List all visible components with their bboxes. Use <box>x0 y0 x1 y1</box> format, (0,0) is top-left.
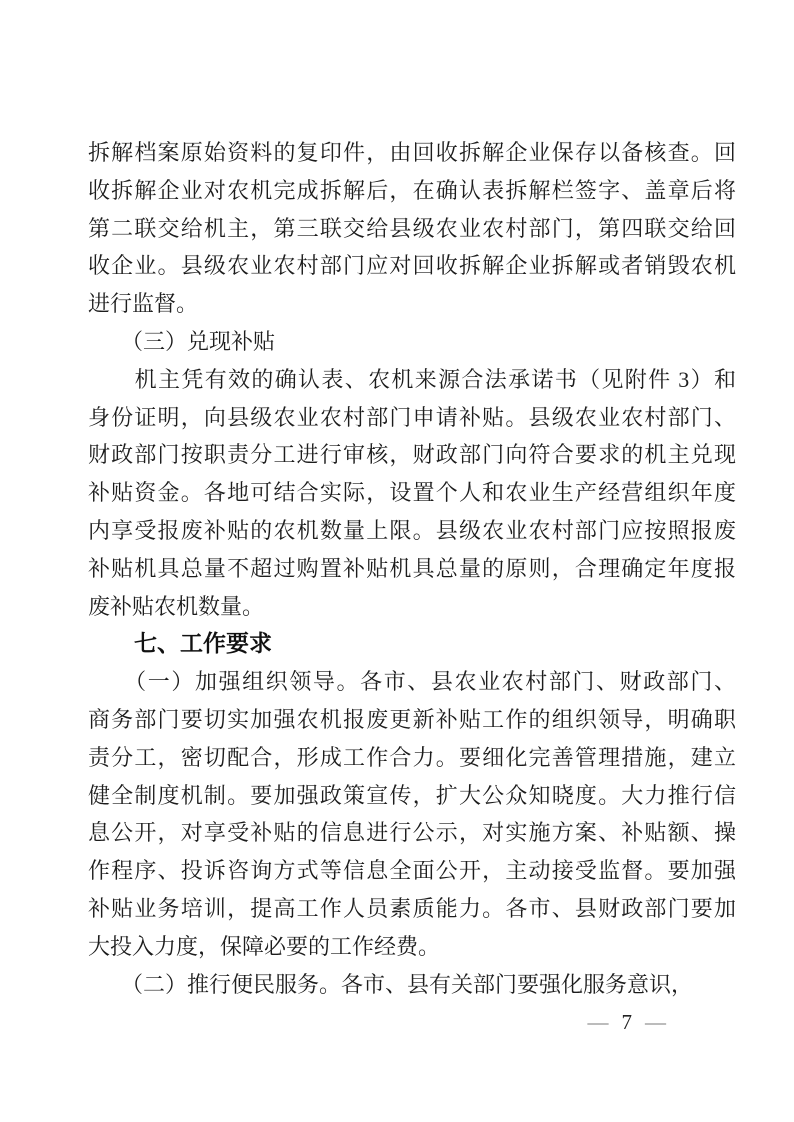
text-line: 废补贴农机数量。 <box>88 588 736 626</box>
body-paragraph: （一）加强组织领导。各市、县农业农村部门、财政部门、商务部门要切实加强农机报废更… <box>88 663 736 965</box>
text-line: 商务部门要切实加强农机报废更新补贴工作的组织领导，明确职 <box>88 701 736 739</box>
text-line: 健全制度机制。要加强政策宣传，扩大公众知晓度。大力推行信 <box>88 777 736 815</box>
text-line: 机主凭有效的确认表、农机来源合法承诺书（见附件 3）和 <box>88 361 736 399</box>
page-number-right-dash: — <box>645 1010 666 1034</box>
section-heading: 七、工作要求 <box>88 625 736 663</box>
document-page: 拆解档案原始资料的复印件，由回收拆解企业保存以备核查。回收拆解企业对农机完成拆解… <box>0 0 794 1122</box>
section-heading-paragraph: 七、工作要求 <box>88 625 736 663</box>
body-paragraph: （二）推行便民服务。各市、县有关部门要强化服务意识， <box>88 966 736 1004</box>
text-line: 补贴资金。各地可结合实际，设置个人和农业生产经营组织年度 <box>88 474 736 512</box>
text-line: 内享受报废补贴的农机数量上限。县级农业农村部门应按照报废 <box>88 512 736 550</box>
document-content: 拆解档案原始资料的复印件，由回收拆解企业保存以备核查。回收拆解企业对农机完成拆解… <box>88 134 736 1003</box>
text-line: 息公开，对享受补贴的信息进行公示，对实施方案、补贴额、操 <box>88 814 736 852</box>
text-line: （一）加强组织领导。各市、县农业农村部门、财政部门、 <box>88 663 736 701</box>
text-line: 责分工，密切配合，形成工作合力。要细化完善管理措施，建立 <box>88 739 736 777</box>
text-line: 大投入力度，保障必要的工作经费。 <box>88 928 736 966</box>
text-line: 身份证明，向县级农业农村部门申请补贴。县级农业农村部门、 <box>88 399 736 437</box>
text-line: （二）推行便民服务。各市、县有关部门要强化服务意识， <box>88 966 736 1004</box>
text-line: 收拆解企业对农机完成拆解后，在确认表拆解栏签字、盖章后将 <box>88 172 736 210</box>
page-number-left-dash: — <box>588 1010 609 1034</box>
text-line: 收企业。县级农业农村部门应对回收拆解企业拆解或者销毁农机 <box>88 247 736 285</box>
text-line: 作程序、投诉咨询方式等信息全面公开，主动接受监督。要加强 <box>88 852 736 890</box>
text-line: 补贴机具总量不超过购置补贴机具总量的原则，合理确定年度报 <box>88 550 736 588</box>
text-line: 财政部门按职责分工进行审核，财政部门向符合要求的机主兑现 <box>88 436 736 474</box>
body-paragraph: 拆解档案原始资料的复印件，由回收拆解企业保存以备核查。回收拆解企业对农机完成拆解… <box>88 134 736 323</box>
page-footer: —7— <box>588 1007 667 1037</box>
body-paragraph: （三）兑现补贴 <box>88 323 736 361</box>
text-line: 进行监督。 <box>88 285 736 323</box>
page-number: 7 <box>622 1010 633 1034</box>
text-line: 拆解档案原始资料的复印件，由回收拆解企业保存以备核查。回 <box>88 134 736 172</box>
body-paragraph: 机主凭有效的确认表、农机来源合法承诺书（见附件 3）和身份证明，向县级农业农村部… <box>88 361 736 626</box>
text-line: 补贴业务培训，提高工作人员素质能力。各市、县财政部门要加 <box>88 890 736 928</box>
text-line: （三）兑现补贴 <box>88 323 736 361</box>
text-line: 第二联交给机主，第三联交给县级农业农村部门，第四联交给回 <box>88 210 736 248</box>
